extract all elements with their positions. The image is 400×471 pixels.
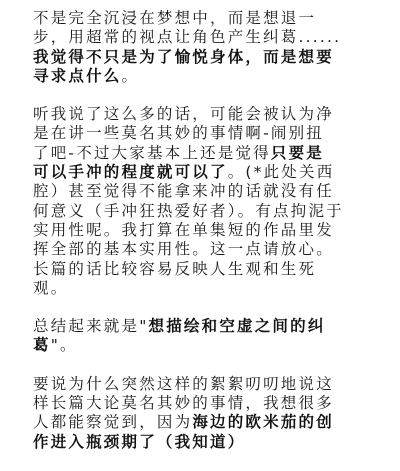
text-segment: 何意义（手冲狂热爱好者）。有点拘泥于 bbox=[33, 202, 344, 220]
text-line: 样长篇大论莫名其妙的事情，我想很多 bbox=[33, 394, 353, 400]
text-line: 实用性呢。我打算在单集短的作品里发 bbox=[33, 221, 353, 240]
text-line: 寻求点什么。 bbox=[33, 67, 353, 86]
text-segment: 。(*此处关西 bbox=[228, 163, 335, 181]
bold-text: 我觉得不只是为了愉悦身体，而是想要 bbox=[33, 48, 334, 66]
text-segment: 挥全部的基本实用性。这一点请放心。 bbox=[33, 240, 334, 258]
paragraph: 要说为什么突然这样的絮絮叨叨地说这样长篇大论莫名其妙的事情，我想很多人都能察觉到… bbox=[33, 375, 353, 400]
text-line: 观。 bbox=[33, 279, 353, 298]
bold-text: 想描绘和空虚之间的纠 bbox=[149, 317, 326, 335]
text-segment: 了吧-不过大家基本上还是觉得 bbox=[33, 144, 271, 162]
text-segment: 是在讲一些莫名其妙的事情啊-闹别扭 bbox=[33, 124, 324, 142]
paragraph: 总结起来就是"想描绘和空虚之间的纠葛"。 bbox=[33, 317, 353, 356]
text-line: 挥全部的基本实用性。这一点请放心。 bbox=[33, 240, 353, 259]
text-segment: 不是完全沉浸在梦想中，而是想退一 bbox=[33, 9, 316, 27]
text-line: 不是完全沉浸在梦想中，而是想退一 bbox=[33, 9, 353, 28]
bold-text: 可以手冲的程度就可以了 bbox=[33, 163, 228, 181]
text-line: 了吧-不过大家基本上还是觉得只要是 bbox=[33, 144, 353, 163]
text-line: 我觉得不只是为了愉悦身体，而是想要 bbox=[33, 48, 353, 67]
text-line: 葛"。 bbox=[33, 336, 353, 355]
text-segment: "。 bbox=[51, 336, 78, 354]
text-segment: 总结起来就是" bbox=[33, 317, 149, 335]
text-line: 要说为什么突然这样的絮絮叨叨地说这 bbox=[33, 375, 353, 394]
text-line: 听我说了这么多的话，可能会被认为净 bbox=[33, 105, 353, 124]
bold-text: 寻求点什么 bbox=[33, 67, 122, 85]
paragraph: 听我说了这么多的话，可能会被认为净是在讲一些莫名其妙的事情啊-闹别扭了吧-不过大… bbox=[33, 105, 353, 298]
text-segment: 长篇的话比较容易反映人生观和生死 bbox=[33, 260, 316, 278]
text-segment: 。 bbox=[122, 67, 140, 85]
text-line: 总结起来就是"想描绘和空虚之间的纠 bbox=[33, 317, 353, 336]
text-line: 长篇的话比较容易反映人生观和生死 bbox=[33, 260, 353, 279]
text-segment: 要说为什么突然这样的絮絮叨叨地说这 bbox=[33, 375, 334, 393]
text-segment: 实用性呢。我打算在单集短的作品里发 bbox=[33, 221, 334, 239]
text-segment: 步，用超常的视点让角色产生纠葛...... bbox=[33, 28, 341, 46]
text-segment: 样长篇大论莫名其妙的事情，我想很多 bbox=[33, 394, 334, 400]
text-line: 何意义（手冲狂热爱好者）。有点拘泥于 bbox=[33, 202, 353, 221]
bold-text: 只要是 bbox=[271, 144, 324, 162]
text-line: 腔）甚至觉得不能拿来冲的话就没有任 bbox=[33, 182, 353, 201]
paragraph: 不是完全沉浸在梦想中，而是想退一步，用超常的视点让角色产生纠葛......我觉得… bbox=[33, 9, 353, 86]
text-line: 可以手冲的程度就可以了。(*此处关西 bbox=[33, 163, 353, 182]
bold-text: 葛 bbox=[33, 336, 51, 354]
document-body: 不是完全沉浸在梦想中，而是想退一步，用超常的视点让角色产生纠葛......我觉得… bbox=[33, 9, 353, 400]
text-line: 步，用超常的视点让角色产生纠葛...... bbox=[33, 28, 353, 47]
text-segment: 观。 bbox=[33, 279, 68, 297]
text-line: 是在讲一些莫名其妙的事情啊-闹别扭 bbox=[33, 124, 353, 143]
text-segment: 听我说了这么多的话，可能会被认为净 bbox=[33, 105, 334, 123]
text-segment: 腔）甚至觉得不能拿来冲的话就没有任 bbox=[33, 182, 334, 200]
